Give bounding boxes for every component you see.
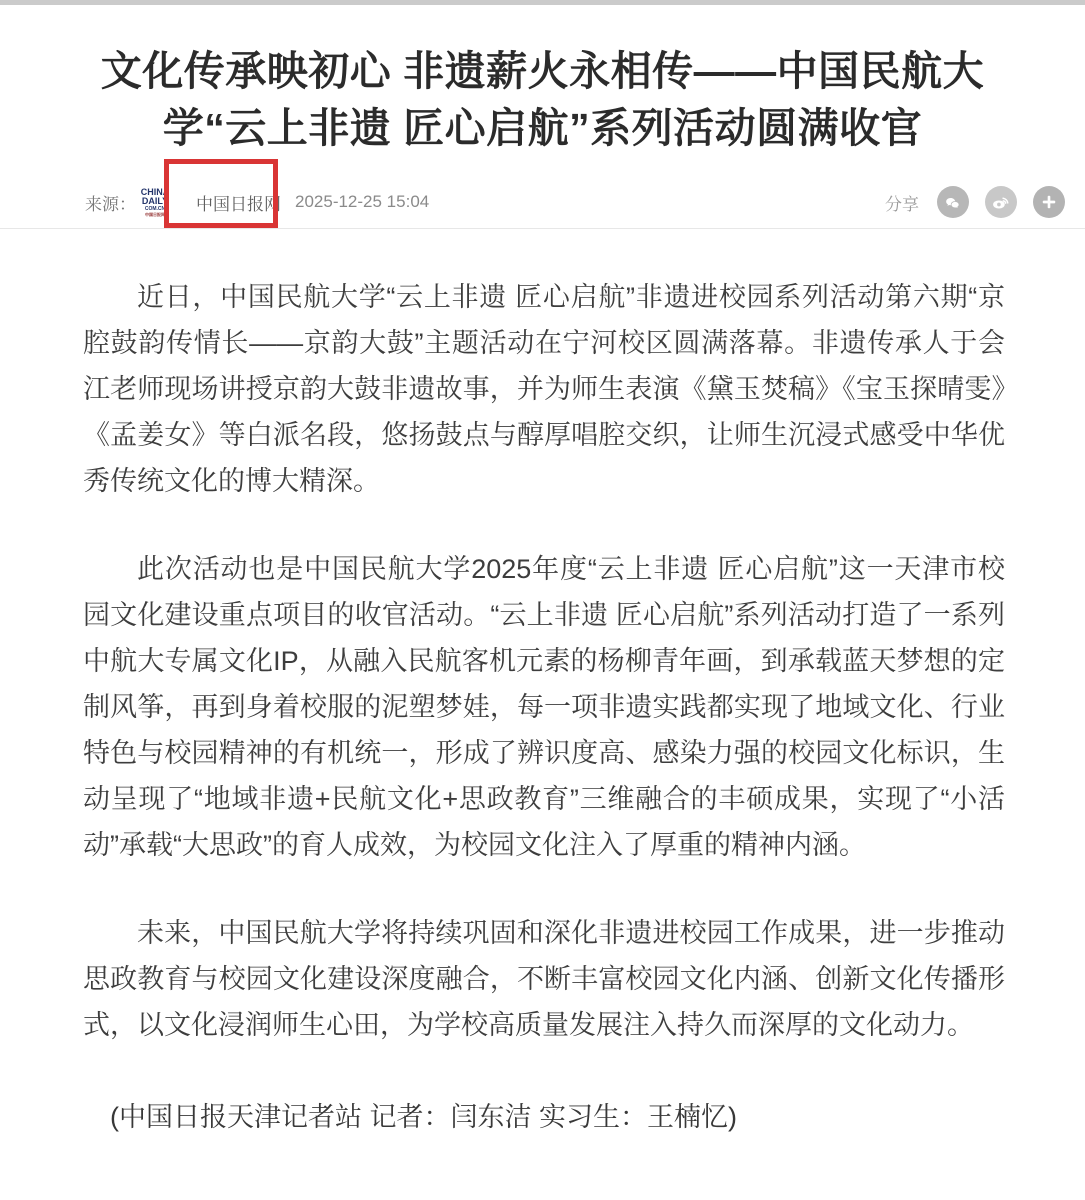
more-share-icon[interactable]: [1033, 186, 1065, 218]
article-page: 文化传承映初心 非遗薪火永相传——中国民航大 学“云上非遗 匠心启航”系列活动圆…: [0, 0, 1085, 1200]
page-title-line-2: 学“云上非遗 匠心启航”系列活动圆满收官: [63, 100, 1023, 157]
china-daily-logo: CHINA DAILY COM.CN 中国日报网: [140, 186, 170, 218]
share-toolbar: 分享: [885, 186, 1065, 218]
weibo-share-icon[interactable]: [985, 186, 1017, 218]
source-label: 来源：: [85, 190, 136, 215]
article-paragraph-3: 未来，中国民航大学将持续巩固和深化非遗进校园工作成果，进一步推动思政教育与校园文…: [83, 910, 1005, 1048]
article-paragraph-1: 近日，中国民航大学“云上非遗 匠心启航”非遗进校园系列活动第六期“京腔鼓韵传情长…: [83, 274, 1005, 504]
top-border-strip: [0, 0, 1085, 5]
source-name: 中国日报网: [196, 190, 281, 215]
logo-text-cn: 中国日报网: [145, 212, 165, 217]
publish-time: 2025-12-25 15:04: [295, 192, 429, 212]
share-label: 分享: [885, 190, 919, 215]
logo-text-daily: DAILY: [142, 197, 168, 206]
article-body: 近日，中国民航大学“云上非遗 匠心启航”非遗进校园系列活动第六期“京腔鼓韵传情长…: [0, 229, 1085, 1200]
article-meta-row: 来源： CHINA DAILY COM.CN 中国日报网 中国日报网 2025-…: [0, 185, 1085, 219]
article-paragraph-2: 此次活动也是中国民航大学2025年度“云上非遗 匠心启航”这一天津市校园文化建设…: [83, 546, 1005, 868]
page-title-line-1: 文化传承映初心 非遗薪火永相传——中国民航大: [63, 43, 1023, 100]
page-title: 文化传承映初心 非遗薪火永相传——中国民航大 学“云上非遗 匠心启航”系列活动圆…: [63, 43, 1023, 157]
wechat-share-icon[interactable]: [937, 186, 969, 218]
article-byline: (中国日报天津记者站 记者：闫东洁 实习生：王楠忆): [83, 1094, 1005, 1140]
